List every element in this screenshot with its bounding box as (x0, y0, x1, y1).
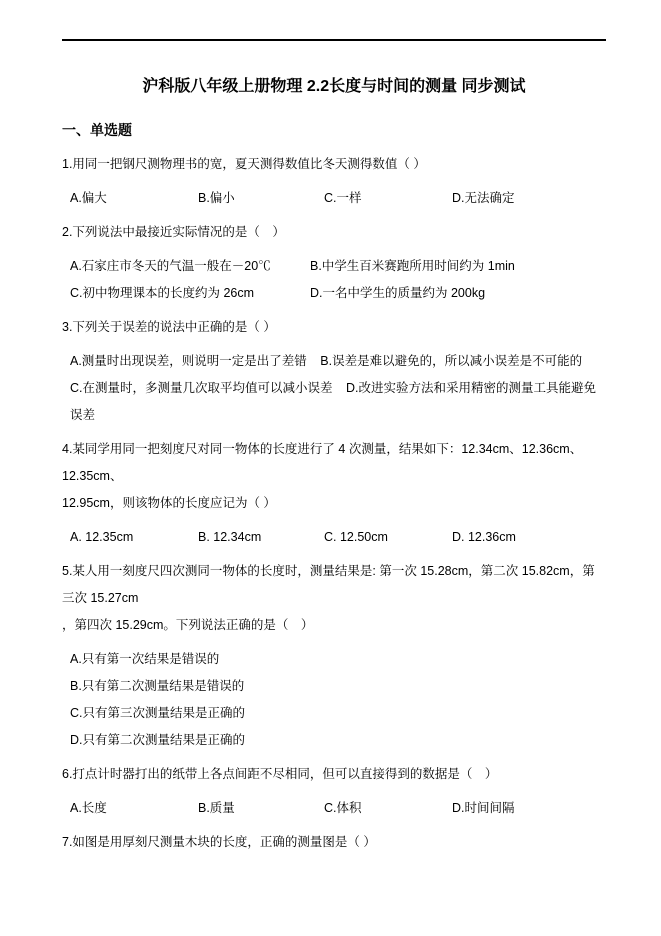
question-3-option-b: B.误差是难以避免的，所以减小误差是不可能的 (320, 354, 582, 368)
question-1: 1.用同一把钢尺测物理书的宽，夏天测得数值比冬天测得数值（ ） A.偏大 B.偏… (62, 151, 606, 212)
question-6-options: A.长度 B.质量 C.体积 D.时间间隔 (62, 795, 606, 822)
question-1-stem: 1.用同一把钢尺测物理书的宽，夏天测得数值比冬天测得数值（ ） (62, 151, 606, 178)
question-5-option-d: D.只有第二次测量结果是正确的 (70, 727, 606, 754)
question-6: 6.打点计时器打出的纸带上各点间距不尽相同，但可以直接得到的数据是（ ） A.长… (62, 761, 606, 822)
question-2-option-d: D.一名中学生的质量约为 200kg (310, 280, 606, 307)
question-3-stem: 3.下列关于误差的说法中正确的是（ ） (62, 314, 606, 341)
question-2-option-c: C.初中物理课本的长度约为 26cm (70, 280, 310, 307)
question-2-options-row-1: A.石家庄市冬天的气温一般在－20℃ B.中学生百米赛跑所用时间约为 1min (70, 253, 606, 280)
question-4-option-a: A. 12.35cm (70, 524, 198, 551)
question-1-option-c: C.一样 (324, 185, 452, 212)
question-2-option-a: A.石家庄市冬天的气温一般在－20℃ (70, 253, 310, 280)
question-6-stem: 6.打点计时器打出的纸带上各点间距不尽相同，但可以直接得到的数据是（ ） (62, 761, 606, 788)
question-5-option-b: B.只有第二次测量结果是错误的 (70, 673, 606, 700)
question-5-option-a: A.只有第一次结果是错误的 (70, 646, 606, 673)
question-4-options: A. 12.35cm B. 12.34cm C. 12.50cm D. 12.3… (62, 524, 606, 551)
question-3-options-row-2: C.在测量时，多测量几次取平均值可以减小误差 D.改进实验方法和采用精密的测量工… (70, 375, 606, 429)
question-4-stem-line-1: 4.某同学用同一把刻度尺对同一物体的长度进行了 4 次测量，结果如下：12.34… (62, 436, 606, 490)
question-1-option-a: A.偏大 (70, 185, 198, 212)
question-4-option-c: C. 12.50cm (324, 524, 452, 551)
question-5-stem: 5.某人用一刻度尺四次测同一物体的长度时，测量结果是: 第一次 15.28cm，… (62, 558, 606, 639)
question-2-options-row-2: C.初中物理课本的长度约为 26cm D.一名中学生的质量约为 200kg (70, 280, 606, 307)
question-1-option-b: B.偏小 (198, 185, 324, 212)
question-5-stem-line-1: 5.某人用一刻度尺四次测同一物体的长度时，测量结果是: 第一次 15.28cm，… (62, 558, 606, 612)
question-6-option-d: D.时间间隔 (452, 795, 606, 822)
question-2-options: A.石家庄市冬天的气温一般在－20℃ B.中学生百米赛跑所用时间约为 1min … (62, 253, 606, 307)
question-6-option-b: B.质量 (198, 795, 324, 822)
question-6-option-c: C.体积 (324, 795, 452, 822)
question-3-options: A.测量时出现误差，则说明一定是出了差错 B.误差是难以避免的，所以减小误差是不… (62, 348, 606, 429)
section-heading: 一、单选题 (62, 117, 606, 144)
question-7-stem: 7.如图是用厚刻尺测量木块的长度，正确的测量图是（ ） (62, 829, 606, 856)
header-rule (62, 0, 606, 41)
question-4-stem: 4.某同学用同一把刻度尺对同一物体的长度进行了 4 次测量，结果如下：12.34… (62, 436, 606, 517)
question-5: 5.某人用一刻度尺四次测同一物体的长度时，测量结果是: 第一次 15.28cm，… (62, 558, 606, 754)
question-3-option-c: C.在测量时，多测量几次取平均值可以减小误差 (70, 381, 333, 395)
question-2-option-b: B.中学生百米赛跑所用时间约为 1min (310, 253, 606, 280)
document-title: 沪科版八年级上册物理 2.2长度与时间的测量 同步测试 (62, 75, 606, 99)
question-4-option-d: D. 12.36cm (452, 524, 606, 551)
question-4-stem-line-2: 12.95cm，则该物体的长度应记为（ ） (62, 490, 606, 517)
question-6-option-a: A.长度 (70, 795, 198, 822)
question-5-options: A.只有第一次结果是错误的 B.只有第二次测量结果是错误的 C.只有第三次测量结… (62, 646, 606, 754)
question-7: 7.如图是用厚刻尺测量木块的长度，正确的测量图是（ ） (62, 829, 606, 856)
question-3: 3.下列关于误差的说法中正确的是（ ） A.测量时出现误差，则说明一定是出了差错… (62, 314, 606, 429)
question-5-option-c: C.只有第三次测量结果是正确的 (70, 700, 606, 727)
question-1-option-d: D.无法确定 (452, 185, 606, 212)
question-3-option-a: A.测量时出现误差，则说明一定是出了差错 (70, 354, 307, 368)
question-2: 2.下列说法中最接近实际情况的是（ ） A.石家庄市冬天的气温一般在－20℃ B… (62, 219, 606, 307)
document-page: 沪科版八年级上册物理 2.2长度与时间的测量 同步测试 一、单选题 1.用同一把… (0, 0, 661, 856)
question-2-stem: 2.下列说法中最接近实际情况的是（ ） (62, 219, 606, 246)
question-4: 4.某同学用同一把刻度尺对同一物体的长度进行了 4 次测量，结果如下：12.34… (62, 436, 606, 551)
question-3-options-row-1: A.测量时出现误差，则说明一定是出了差错 B.误差是难以避免的，所以减小误差是不… (70, 348, 606, 375)
question-5-stem-line-2: ，第四次 15.29cm。下列说法正确的是（ ） (62, 612, 606, 639)
question-1-options: A.偏大 B.偏小 C.一样 D.无法确定 (62, 185, 606, 212)
question-4-option-b: B. 12.34cm (198, 524, 324, 551)
